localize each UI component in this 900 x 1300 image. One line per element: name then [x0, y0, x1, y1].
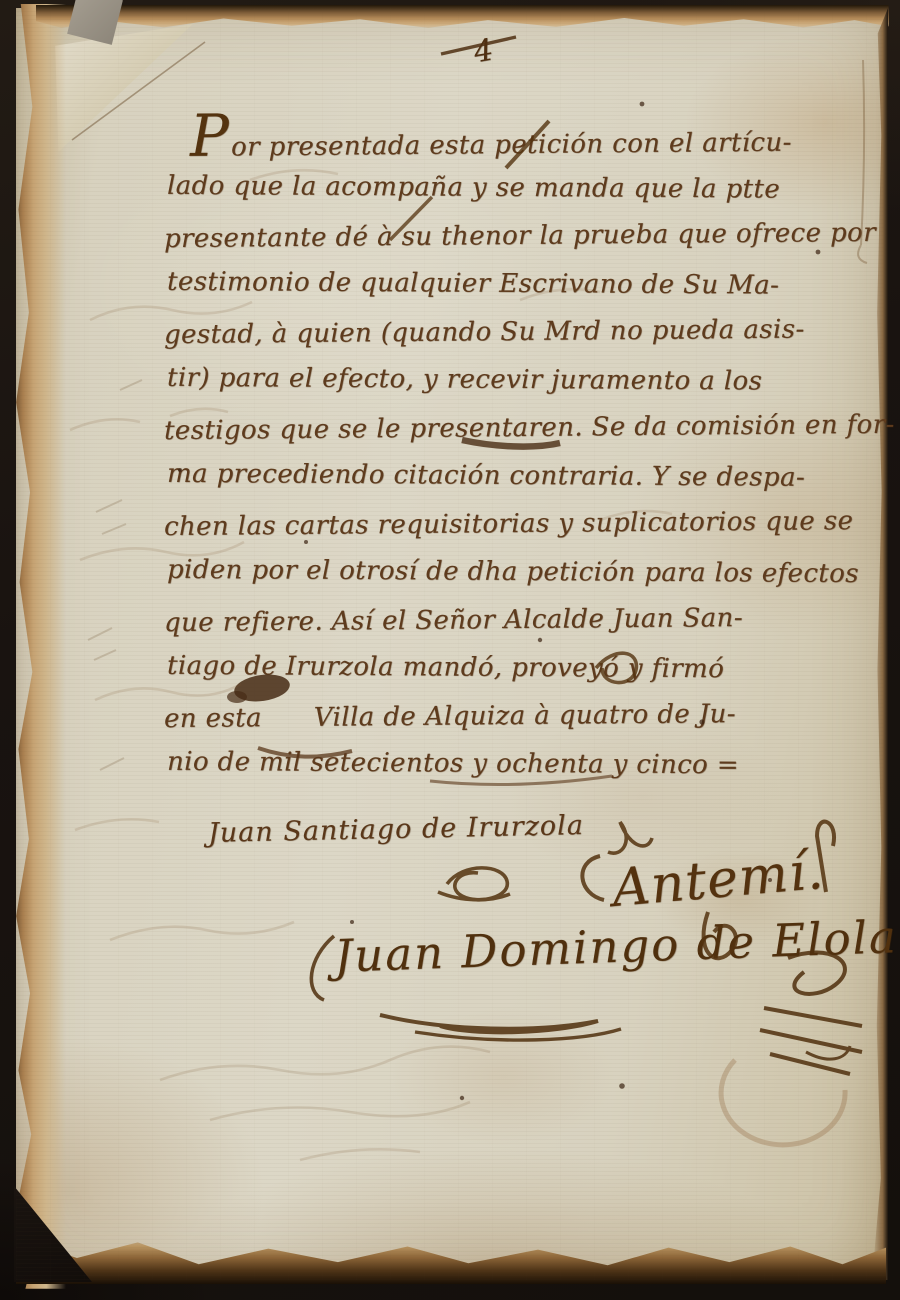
attestation-ante-mi: Antemí. [610, 841, 827, 919]
signatory-name: Juan Santiago de Irurzola [208, 810, 584, 849]
manuscript-line: tir) para el efecto, y recevir juramento… [167, 356, 883, 408]
manuscript-line: testigos que se le presentaren. Se da co… [164, 403, 880, 457]
frayed-top-edge [36, 5, 889, 31]
manuscript-line: gestad, à quien (quando Su Mrd no pueda … [164, 307, 880, 361]
manuscript-body: Por presentada esta petición con el artí… [164, 118, 880, 790]
manuscript-line: piden por el otrosí de dha petición para… [167, 548, 883, 600]
manuscript-line: ma precediendo citación contraria. Y se … [167, 452, 883, 504]
manuscript-line: testimonio de qualquier Escrivano de Su … [167, 260, 883, 312]
manuscript-line: lado que la acompaña y se manda que la p… [167, 164, 883, 216]
frayed-left-edge [8, 4, 66, 1289]
manuscript-photo: { "manuscript": { "folio_number": "4", "… [0, 0, 900, 1300]
manuscript-line: nio de mil setecientos y ochenta y cinco… [167, 740, 883, 792]
manuscript-line: que refiere. Así el Señor Alcalde Juan S… [164, 595, 880, 649]
frayed-bottom-edge [16, 1232, 886, 1284]
manuscript-line: chen las cartas requisitorias y suplicat… [164, 499, 880, 553]
manuscript-page: 4 Por presentada esta petición con el ar… [16, 8, 886, 1280]
folio-number: 4 [471, 33, 496, 71]
manuscript-line: tiago de Irurzola mandó, proveyó y firmó [167, 644, 883, 696]
manuscript-line: presentante dé à su thenor la prueba que… [164, 211, 880, 265]
manuscript-line: Por presentada esta petición con el artí… [164, 115, 880, 169]
notary-signature: Juan Domingo de Elola [333, 910, 898, 983]
manuscript-line: en esta Villa de Alquiza à quatro de Ju- [164, 691, 880, 745]
